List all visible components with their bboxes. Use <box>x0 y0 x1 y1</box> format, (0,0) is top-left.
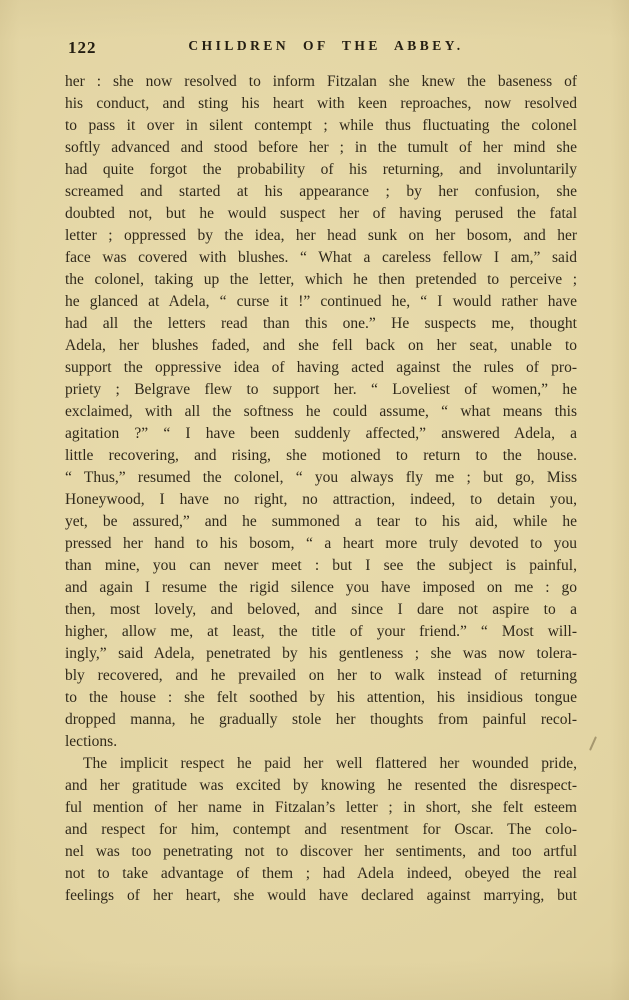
text-line: and respect for him, contempt and resent… <box>65 819 577 841</box>
text-line: had all the letters read than this one.”… <box>65 313 577 335</box>
text-line: yet, be assured,” and he summoned a tear… <box>65 511 577 533</box>
text-line: “ Thus,” resumed the colonel, “ you alwa… <box>65 467 577 489</box>
text-line: screamed and started at his appearance ;… <box>65 181 577 203</box>
text-line: and again I resume the rigid silence you… <box>65 577 577 599</box>
text-line: higher, allow me, at least, the title of… <box>65 621 577 643</box>
text-line: agitation ?” “ I have been suddenly affe… <box>65 423 577 445</box>
text-line: her : she now resolved to inform Fitzala… <box>65 71 577 93</box>
text-line: feelings of her heart, she would have de… <box>65 885 577 907</box>
text-line: the colonel, taking up the letter, which… <box>65 269 577 291</box>
text-line: pressed her hand to his bosom, “ a heart… <box>65 533 577 555</box>
text-line: Honeywood, I have no right, no attractio… <box>65 489 577 511</box>
text-line: Adela, her blushes faded, and she fell b… <box>65 335 577 357</box>
running-title: CHILDREN OF THE ABBEY. <box>65 38 577 54</box>
text-line: had quite forgot the probability of his … <box>65 159 577 181</box>
text-line: priety ; Belgrave flew to support her. “… <box>65 379 577 401</box>
text-line: he glanced at Adela, “ curse it !” conti… <box>65 291 577 313</box>
text-line: bly recovered, and he prevailed on her t… <box>65 665 577 687</box>
text-line: to the house : she felt soothed by his a… <box>65 687 577 709</box>
text-line: ful mention of her name in Fitzalan’s le… <box>65 797 577 819</box>
text-line: The implicit respect he paid her well fl… <box>65 753 577 775</box>
text-line: face was covered with blushes. “ What a … <box>65 247 577 269</box>
text-line: softly advanced and stood before her ; i… <box>65 137 577 159</box>
text-line: letter ; oppressed by the idea, her head… <box>65 225 577 247</box>
body-text: her : she now resolved to inform Fitzala… <box>65 71 577 907</box>
text-line: and her gratitude was excited by knowing… <box>65 775 577 797</box>
text-line: ingly,” said Adela, penetrated by his ge… <box>65 643 577 665</box>
page-number: 122 <box>68 38 97 58</box>
stray-pen-mark <box>589 736 597 751</box>
text-line: his conduct, and sting his heart with ke… <box>65 93 577 115</box>
text-line: to pass it over in silent contempt ; whi… <box>65 115 577 137</box>
text-line: not to take advantage of them ; had Adel… <box>65 863 577 885</box>
text-line: support the oppressive idea of having ac… <box>65 357 577 379</box>
text-line: little recovering, and rising, she motio… <box>65 445 577 467</box>
text-line: than mine, you can never meet : but I se… <box>65 555 577 577</box>
text-line: dropped manna, he gradually stole her th… <box>65 709 577 731</box>
text-line: then, most lovely, and beloved, and sinc… <box>65 599 577 621</box>
text-line: lections. <box>65 731 577 753</box>
text-line: doubted not, but he would suspect her of… <box>65 203 577 225</box>
page-header: 122 CHILDREN OF THE ABBEY. <box>65 38 577 60</box>
text-line: exclaimed, with all the softness he coul… <box>65 401 577 423</box>
text-line: nel was too penetrating not to discover … <box>65 841 577 863</box>
book-page: 122 CHILDREN OF THE ABBEY. her : she now… <box>0 0 629 1000</box>
